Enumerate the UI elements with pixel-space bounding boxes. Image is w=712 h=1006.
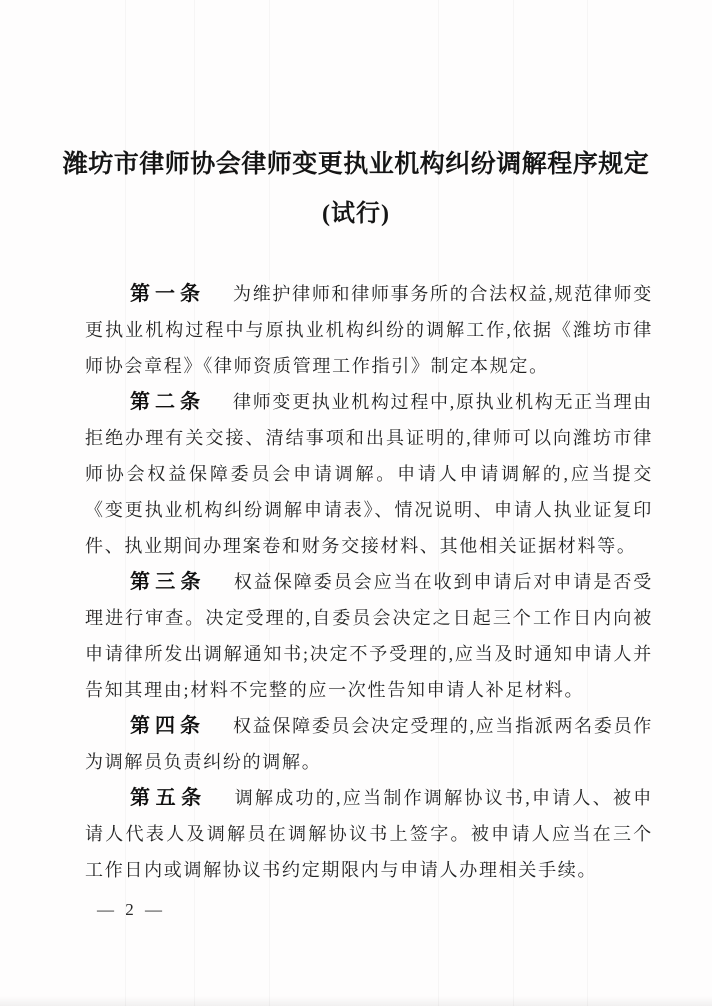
document-body: 第一条为维护律师和律师事务所的合法权益,规范律师变更执业机构过程中与原执业机构纠… — [85, 276, 653, 888]
article-2-number: 第二条 — [130, 391, 205, 413]
page-number: — 2 — — [97, 898, 164, 922]
article-3-number: 第三条 — [130, 571, 206, 593]
scan-edge-shadow — [0, 996, 712, 1006]
document-title: 潍坊市律师协会律师变更执业机构纠纷调解程序规定 — [0, 146, 712, 184]
article-2: 第二条律师变更执业机构过程中,原执业机构无正当理由拒绝办理有关交接、清结事项和出… — [85, 384, 653, 564]
article-1-number: 第一条 — [130, 283, 205, 305]
article-5-number: 第五条 — [130, 787, 207, 809]
document-subtitle: (试行) — [0, 194, 712, 234]
scanned-document-page: 潍坊市律师协会律师变更执业机构纠纷调解程序规定 (试行) 第一条为维护律师和律师… — [0, 0, 712, 1006]
article-5: 第五条调解成功的,应当制作调解协议书,申请人、被申请人代表人及调解员在调解协议书… — [85, 780, 653, 888]
article-4: 第四条权益保障委员会决定受理的,应当指派两名委员作为调解员负责纠纷的调解。 — [85, 708, 653, 780]
article-2-text: 律师变更执业机构过程中,原执业机构无正当理由拒绝办理有关交接、清结事项和出具证明… — [85, 392, 653, 556]
article-3: 第三条权益保障委员会应当在收到申请后对申请是否受理进行审查。决定受理的,自委员会… — [85, 564, 653, 708]
article-4-number: 第四条 — [130, 715, 205, 737]
article-1: 第一条为维护律师和律师事务所的合法权益,规范律师变更执业机构过程中与原执业机构纠… — [85, 276, 653, 384]
